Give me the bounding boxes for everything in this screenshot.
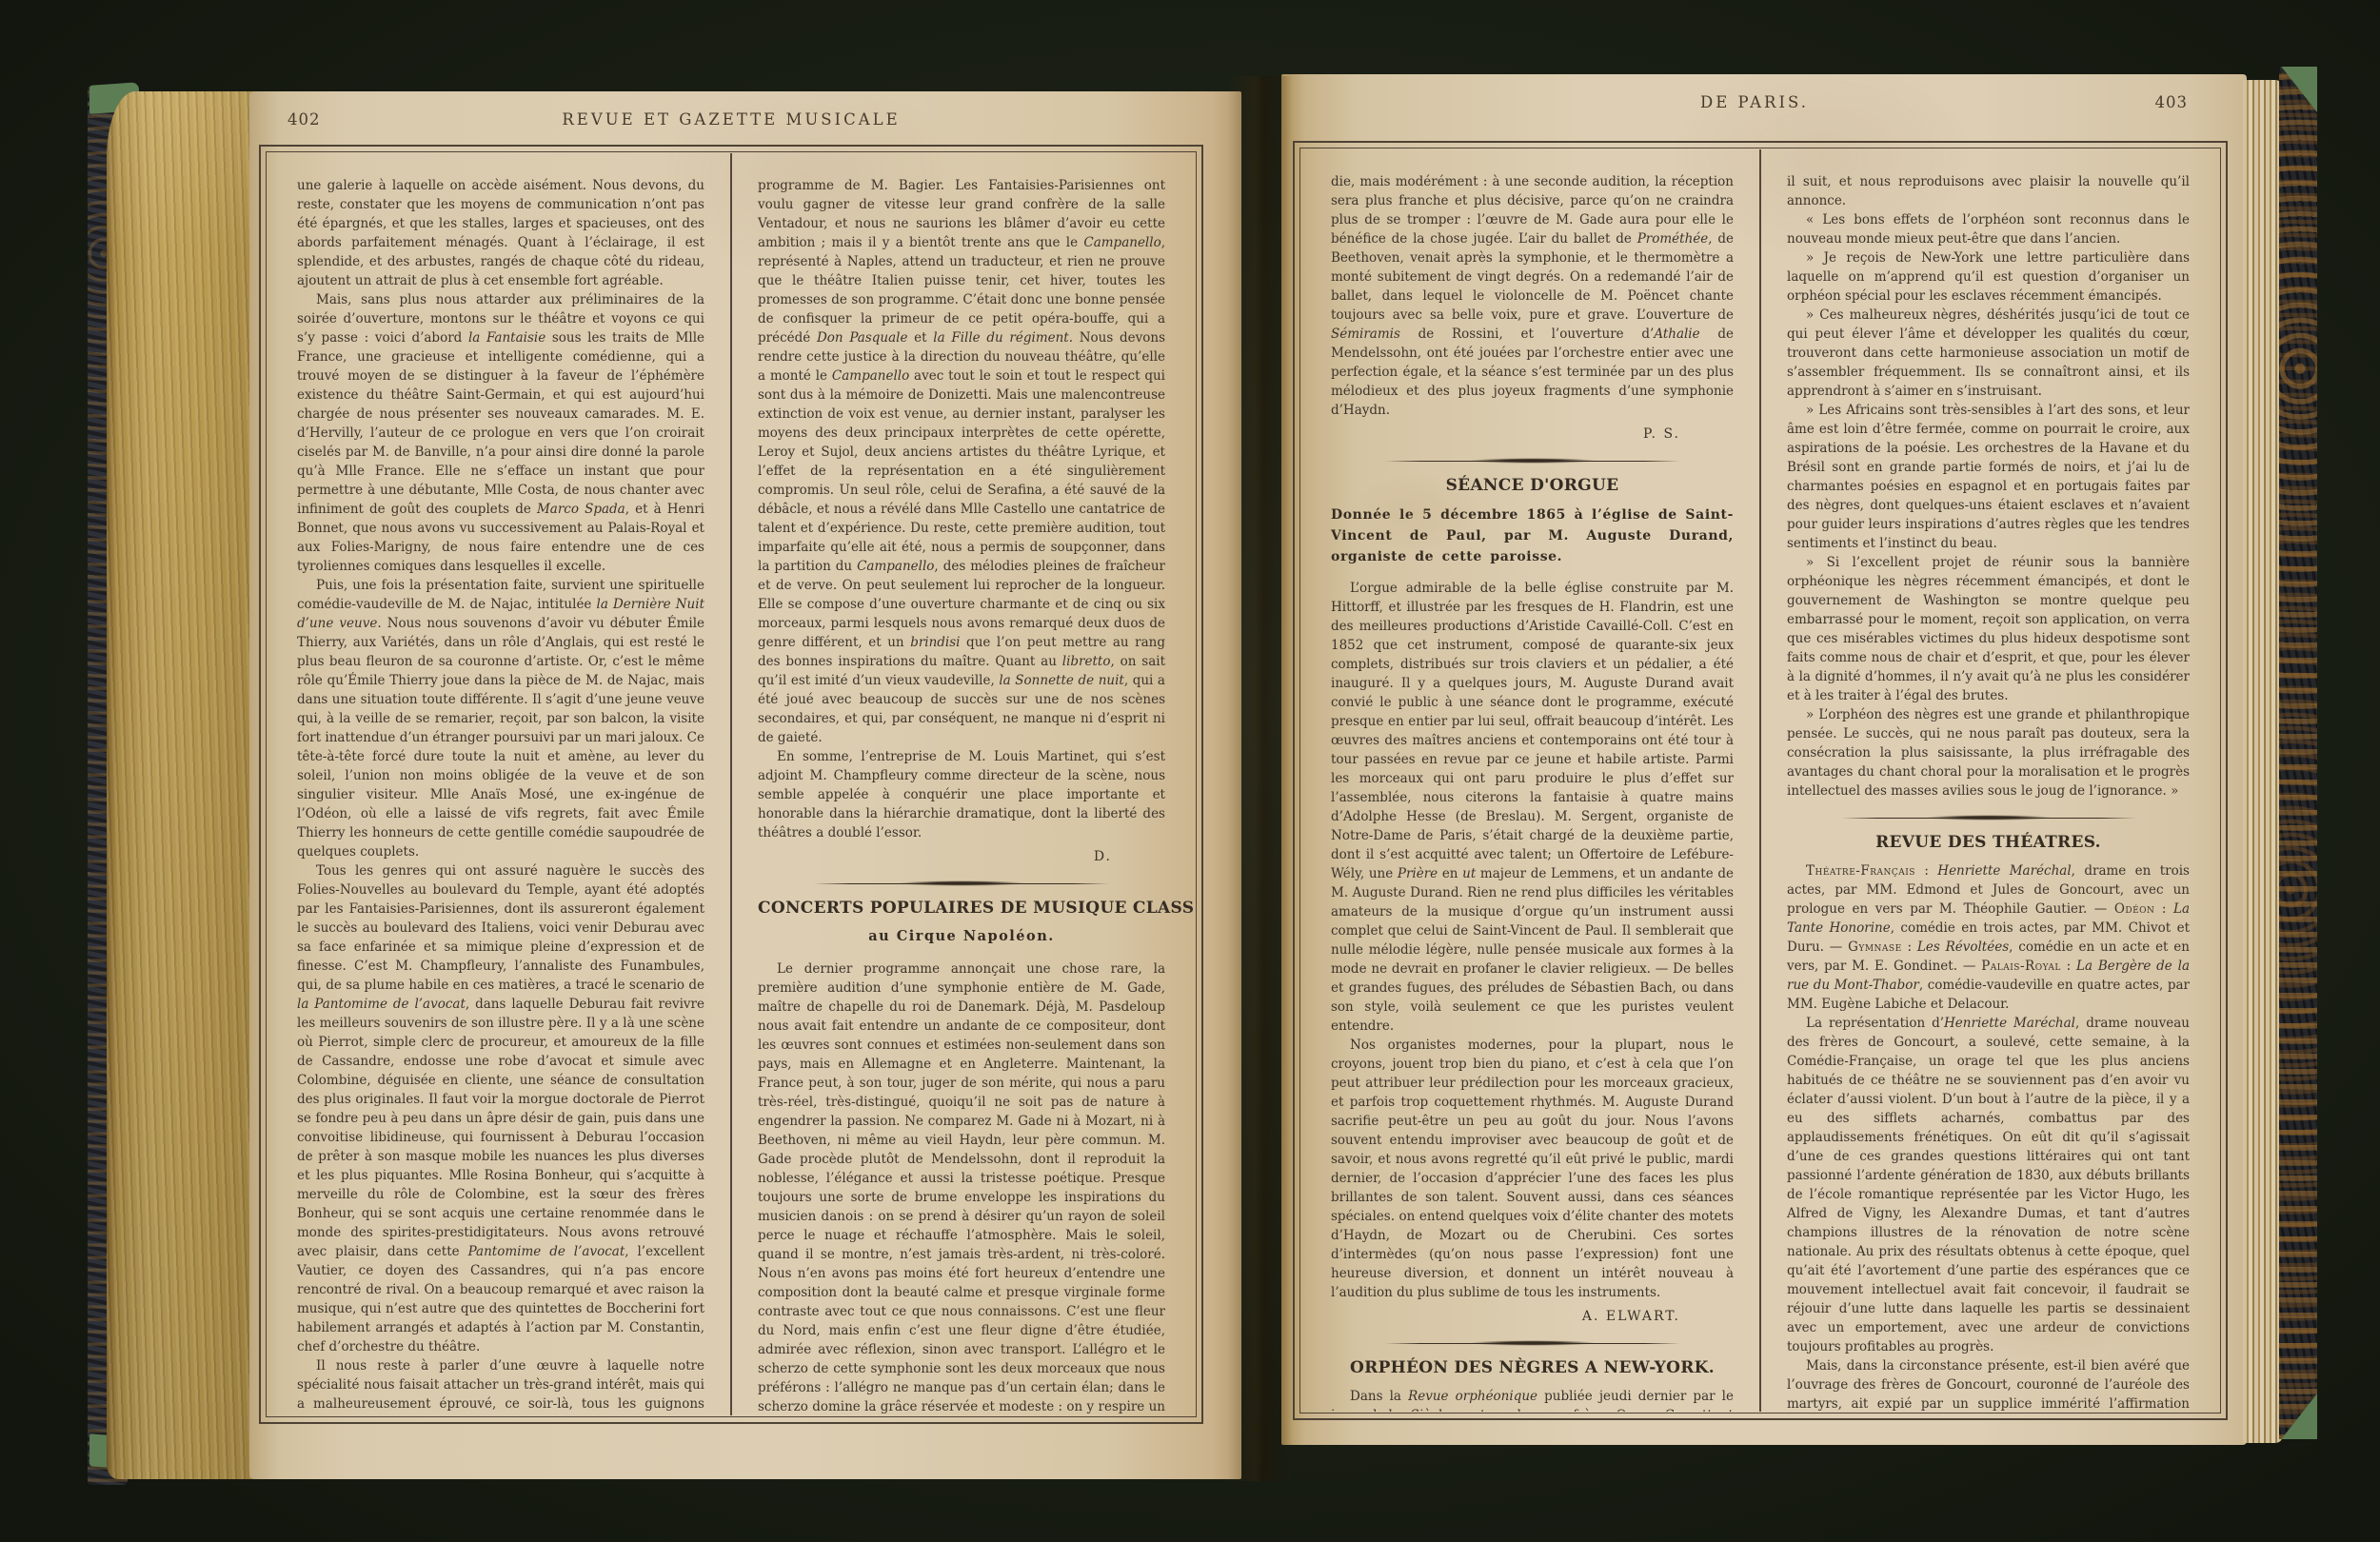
paragraph: « Les bons effets de l’orphéon sont reco…	[1787, 210, 2190, 248]
right-page-stack-edges	[2243, 80, 2283, 1443]
paragraph: La représentation d’Henriette Maréchal, …	[1787, 1014, 2190, 1356]
paragraph: Il nous reste à parler d’une œuvre à laq…	[297, 1356, 704, 1415]
section-divider-rule	[1385, 1340, 1680, 1346]
article-signature: A. ELWART.	[1331, 1307, 1734, 1326]
paragraph: Puis, une fois la présentation faite, su…	[297, 576, 704, 861]
article-subtitle: au Cirque Napoléon.	[758, 927, 1165, 946]
left-page-column-2: programme de M. Bagier. Les Fantaisies-P…	[732, 153, 1195, 1415]
article-signature: D.	[758, 847, 1165, 866]
right-page-column-2: il suit, et nous reproduisons avec plais…	[1761, 149, 2219, 1412]
right-page: DE PARIS. 403 die, mais modérément : à u…	[1281, 74, 2247, 1445]
right-running-title: DE PARIS.	[1281, 93, 2247, 111]
scanned-journal-spread: 402 REVUE ET GAZETTE MUSICALE une galeri…	[0, 0, 2380, 1542]
paragraph: En somme, l’entreprise de M. Louis Marti…	[758, 747, 1165, 842]
paragraph: die, mais modérément : à une seconde aud…	[1331, 172, 1734, 420]
article-signature: P. S.	[1331, 425, 1734, 444]
left-page-header: 402 REVUE ET GAZETTE MUSICALE	[249, 109, 1241, 137]
left-running-title: REVUE ET GAZETTE MUSICALE	[249, 110, 1241, 128]
paragraph: » Si l’excellent projet de réunir sous l…	[1787, 553, 2190, 705]
right-marbled-cover-board	[2279, 67, 2317, 1439]
section-divider-rule	[814, 880, 1109, 886]
paragraph: une galerie à laquelle on accède aisémen…	[297, 176, 704, 290]
paragraph: L’orgue admirable de la belle église con…	[1331, 579, 1734, 1036]
paragraph: il suit, et nous reproduisons avec plais…	[1787, 172, 2190, 210]
paragraph: Nos organistes modernes, pour la plupart…	[1331, 1036, 1734, 1302]
paragraph: » Ces malheureux nègres, déshérités jusq…	[1787, 306, 2190, 401]
paragraph: programme de M. Bagier. Les Fantaisies-P…	[758, 176, 1165, 747]
left-page: 402 REVUE ET GAZETTE MUSICALE une galeri…	[249, 91, 1241, 1479]
page-block-fore-edge	[107, 91, 257, 1479]
paragraph: Mais, dans la circonstance présente, est…	[1787, 1356, 2190, 1412]
paragraph: Tous les genres qui ont assuré naguère l…	[297, 861, 704, 1356]
paragraph: » L’orphéon des nègres est une grande et…	[1787, 705, 2190, 801]
right-page-header: DE PARIS. 403	[1281, 91, 2247, 120]
paragraph: Mais, sans plus nous attarder aux prélim…	[297, 290, 704, 576]
article-title: CONCERTS POPULAIRES DE MUSIQUE CLASSIQUE	[758, 899, 1165, 918]
article-title: REVUE DES THÉATRES.	[1787, 833, 2190, 852]
paragraph: Le dernier programme annonçait une chose…	[758, 959, 1165, 1415]
left-page-frame: une galerie à laquelle on accède aisémen…	[259, 145, 1203, 1424]
article-title: ORPHÉON DES NÈGRES A NEW-YORK.	[1331, 1358, 1734, 1377]
section-divider-rule	[1841, 815, 2136, 820]
paragraph: » Je reçois de New-York une lettre parti…	[1787, 248, 2190, 306]
left-page-column-1: une galerie à laquelle on accède aisémen…	[268, 153, 730, 1415]
article-subtitle: Donnée le 5 décembre 1865 à l’église de …	[1331, 504, 1734, 567]
article-title: SÉANCE D'ORGUE	[1331, 476, 1734, 495]
right-page-frame: die, mais modérément : à une seconde aud…	[1293, 141, 2228, 1420]
paragraph: Théatre-Français : Henriette Maréchal, d…	[1787, 861, 2190, 1014]
paragraph: » Les Africains sont très-sensibles à l’…	[1787, 401, 2190, 553]
right-page-column-1: die, mais modérément : à une seconde aud…	[1301, 149, 1759, 1412]
right-page-number: 403	[2155, 93, 2189, 111]
paragraph: Dans la Revue orphéonique publiée jeudi …	[1331, 1387, 1734, 1412]
section-divider-rule	[1385, 458, 1680, 464]
